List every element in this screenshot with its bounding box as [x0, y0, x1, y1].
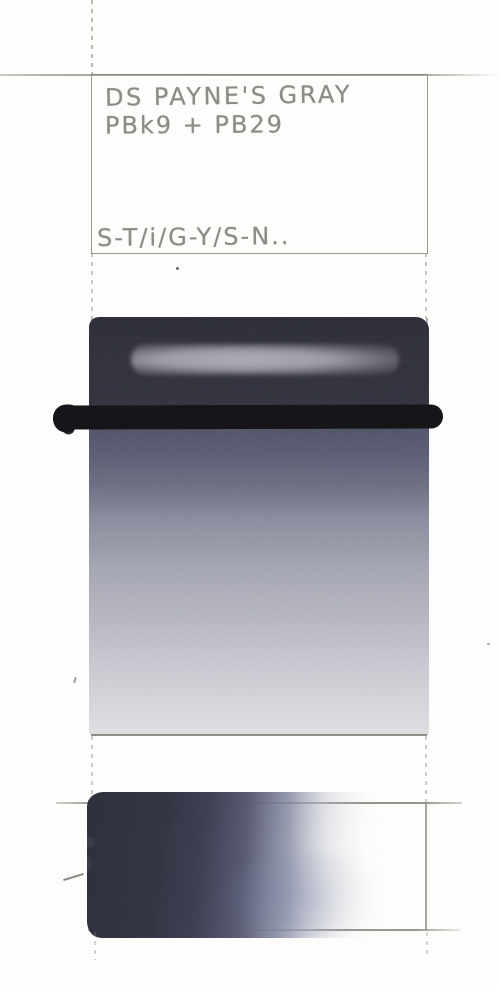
pigment-codes-text: PBk9 + PB29: [105, 110, 284, 139]
pencil-guide-right-dashed-lower: [425, 736, 427, 802]
lifted-paint-streak: [131, 344, 399, 375]
pencil-guide-left-dashed: [91, 253, 93, 319]
main-graded-wash-swatch: [89, 317, 429, 735]
blue-gray-bloom: [226, 847, 397, 935]
diluted-wash-body: [87, 792, 403, 938]
pencil-guide-right-dashed-bottom: [426, 932, 428, 956]
diluted-wash-swatch: [87, 792, 403, 938]
pencil-guide-top-vertical-dashed: [91, 0, 93, 74]
paper-grain-texture: [89, 317, 429, 735]
pencil-guide-left-dashed-lower: [91, 736, 93, 802]
pencil-speck: [176, 267, 179, 270]
label-box: DS PAYNE'S GRAY PBk9 + PB29 S-T/i/G-Y/S-…: [91, 74, 428, 254]
pencil-tick-mark: [73, 677, 76, 683]
pencil-bottom-box-right-edge: [425, 803, 427, 930]
watercolor-swatch-card: DS PAYNE'S GRAY PBk9 + PB29 S-T/i/G-Y/S-…: [0, 0, 500, 990]
pencil-dash-mark: [63, 873, 84, 881]
property-notation-text: S-T/i/G-Y/S-N..: [97, 222, 291, 252]
pencil-guide-right-dashed: [425, 253, 427, 319]
full-strength-paint-bar: [54, 404, 443, 429]
pencil-speck: [487, 643, 490, 645]
paint-name-text: DS PAYNE'S GRAY: [105, 80, 352, 111]
